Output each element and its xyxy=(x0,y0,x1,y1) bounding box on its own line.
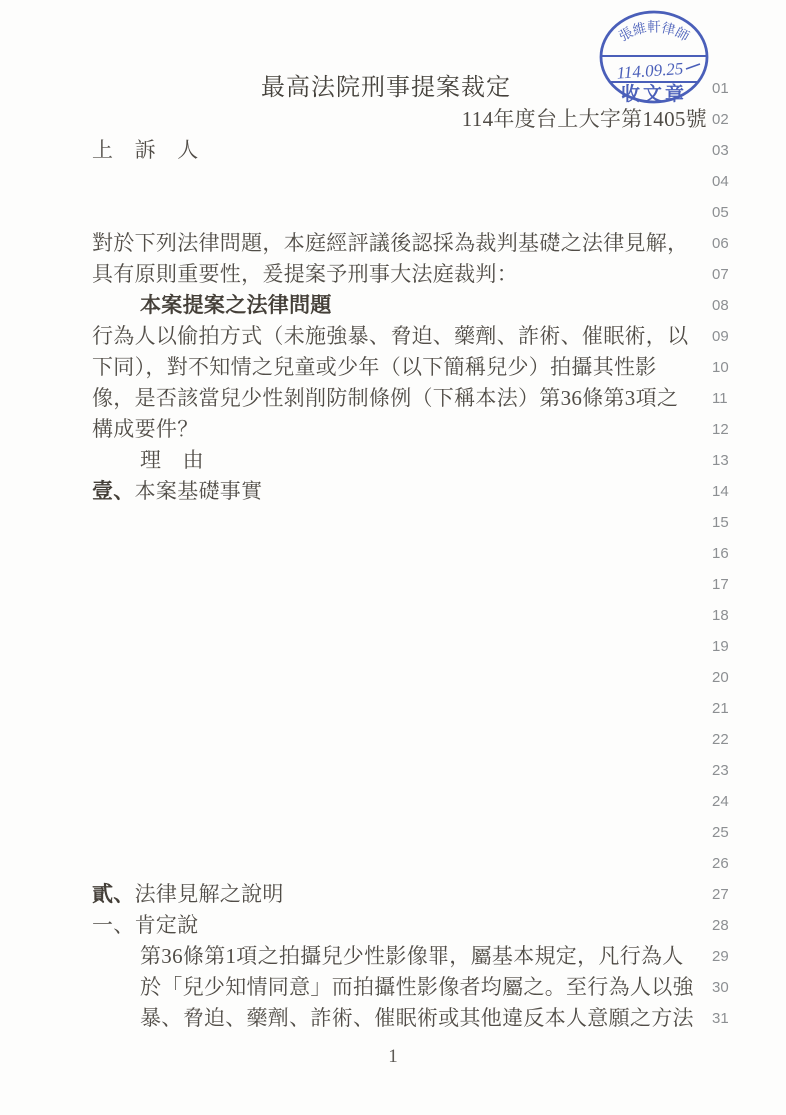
line-number: 09 xyxy=(712,321,752,352)
document-line: 本案提案之法律問題 08 xyxy=(0,290,786,321)
stamp-label-text: 收文章 xyxy=(621,82,687,105)
line-number: 30 xyxy=(712,972,752,1003)
document-line: 23 xyxy=(0,755,786,786)
line-text: 行為人以偷拍方式（未施強暴、脅迫、藥劑、詐術、催眠術，以 xyxy=(92,321,704,352)
line-marker: 一、 xyxy=(92,913,135,937)
stamp-handwriting-stroke xyxy=(686,64,700,69)
line-text: 一、肯定說 xyxy=(92,910,704,941)
document-line: 22 xyxy=(0,724,786,755)
line-number: 22 xyxy=(712,724,752,755)
line-marker: 貳、 xyxy=(92,882,135,906)
line-number: 10 xyxy=(712,352,752,383)
document-line: 24 xyxy=(0,786,786,817)
line-number: 06 xyxy=(712,228,752,259)
document-line: 構成要件？ 12 xyxy=(0,414,786,445)
line-number: 24 xyxy=(712,786,752,817)
document-line: 於「兒少知情同意」而拍攝性影像者均屬之。至行為人以強 30 xyxy=(0,972,786,1003)
line-text: 最高法院刑事提案裁定 xyxy=(92,73,680,104)
document-line: 具有原則重要性，爰提案予刑事大法庭裁判： 07 xyxy=(0,259,786,290)
line-text: 暴、脅迫、藥劑、詐術、催眠術或其他違反本人意願之方法 xyxy=(92,1003,704,1034)
document-line: 理 由 13 xyxy=(0,445,786,476)
document-line: 15 xyxy=(0,507,786,538)
line-number: 18 xyxy=(712,600,752,631)
line-number: 28 xyxy=(712,910,752,941)
document-line: 對於下列法律問題，本庭經評議後認採為裁判基礎之法律見解， 06 xyxy=(0,228,786,259)
line-text-rest: 肯定說 xyxy=(135,913,199,937)
page-number: 1 xyxy=(0,1046,786,1068)
line-text: 具有原則重要性，爰提案予刑事大法庭裁判： xyxy=(92,259,704,290)
document-line: 上 訴 人 03 xyxy=(0,135,786,166)
line-number: 14 xyxy=(712,476,752,507)
line-marker: 壹、 xyxy=(92,479,135,503)
line-number: 19 xyxy=(712,631,752,662)
document-line: 20 xyxy=(0,662,786,693)
line-number: 02 xyxy=(712,104,752,135)
line-text: 上 訴 人 xyxy=(92,135,704,166)
line-number: 27 xyxy=(712,879,752,910)
line-number: 05 xyxy=(712,197,752,228)
line-number: 31 xyxy=(712,1003,752,1034)
document-line: 17 xyxy=(0,569,786,600)
line-text: 構成要件？ xyxy=(92,414,704,445)
line-number: 07 xyxy=(712,259,752,290)
line-number: 11 xyxy=(712,383,752,414)
document-line: 04 xyxy=(0,166,786,197)
line-text: 114年度台上大字第1405號 xyxy=(92,104,707,135)
document-line: 一、肯定說 28 xyxy=(0,910,786,941)
document-line: 像，是否該當兒少性剝削防制條例（下稱本法）第36條第3項之 11 xyxy=(0,383,786,414)
line-number: 17 xyxy=(712,569,752,600)
line-number: 23 xyxy=(712,755,752,786)
document-line: 26 xyxy=(0,848,786,879)
document-line: 第36條第1項之拍攝兒少性影像罪，屬基本規定，凡行為人 29 xyxy=(0,941,786,972)
document-line: 暴、脅迫、藥劑、詐術、催眠術或其他違反本人意願之方法 31 xyxy=(0,1003,786,1034)
line-number: 26 xyxy=(712,848,752,879)
document-line: 貳、法律見解之說明 27 xyxy=(0,879,786,910)
stamp-date-text: 114.09.25 xyxy=(616,59,684,83)
receipt-stamp: 張維軒律師 114.09.25 收文章 xyxy=(596,8,712,108)
line-text: 第36條第1項之拍攝兒少性影像罪，屬基本規定，凡行為人 xyxy=(92,941,704,972)
line-number: 29 xyxy=(712,941,752,972)
document-line: 16 xyxy=(0,538,786,569)
document-line: 21 xyxy=(0,693,786,724)
line-number: 04 xyxy=(712,166,752,197)
document-line: 114年度台上大字第1405號 02 xyxy=(0,104,786,135)
line-text: 對於下列法律問題，本庭經評議後認採為裁判基礎之法律見解， xyxy=(92,228,704,259)
line-text: 貳、法律見解之說明 xyxy=(92,879,704,910)
line-number: 13 xyxy=(712,445,752,476)
document-body: 最高法院刑事提案裁定 01 114年度台上大字第1405號 02 上 訴 人 0… xyxy=(0,73,786,1034)
line-number: 01 xyxy=(712,73,752,104)
document-line: 19 xyxy=(0,631,786,662)
line-number: 25 xyxy=(712,817,752,848)
line-number: 15 xyxy=(712,507,752,538)
stamp-owner-text: 張維軒律師 xyxy=(616,19,691,44)
line-number: 21 xyxy=(712,693,752,724)
document-page: 最高法院刑事提案裁定 01 114年度台上大字第1405號 02 上 訴 人 0… xyxy=(0,0,786,1115)
document-line: 18 xyxy=(0,600,786,631)
document-line: 下同），對不知情之兒童或少年（以下簡稱兒少）拍攝其性影 10 xyxy=(0,352,786,383)
line-text: 於「兒少知情同意」而拍攝性影像者均屬之。至行為人以強 xyxy=(92,972,704,1003)
line-text: 下同），對不知情之兒童或少年（以下簡稱兒少）拍攝其性影 xyxy=(92,352,704,383)
line-text-rest: 法律見解之說明 xyxy=(135,882,284,906)
line-text-rest: 本案基礎事實 xyxy=(135,479,263,503)
document-line: 行為人以偷拍方式（未施強暴、脅迫、藥劑、詐術、催眠術，以 09 xyxy=(0,321,786,352)
line-text: 壹、本案基礎事實 xyxy=(92,476,704,507)
line-text: 本案提案之法律問題 xyxy=(92,290,704,321)
line-number: 08 xyxy=(712,290,752,321)
line-text: 像，是否該當兒少性剝削防制條例（下稱本法）第36條第3項之 xyxy=(92,383,704,414)
line-number: 20 xyxy=(712,662,752,693)
document-line: 25 xyxy=(0,817,786,848)
document-line: 壹、本案基礎事實 14 xyxy=(0,476,786,507)
line-number: 03 xyxy=(712,135,752,166)
line-number: 12 xyxy=(712,414,752,445)
line-number: 16 xyxy=(712,538,752,569)
line-text: 理 由 xyxy=(92,445,704,476)
document-line: 05 xyxy=(0,197,786,228)
